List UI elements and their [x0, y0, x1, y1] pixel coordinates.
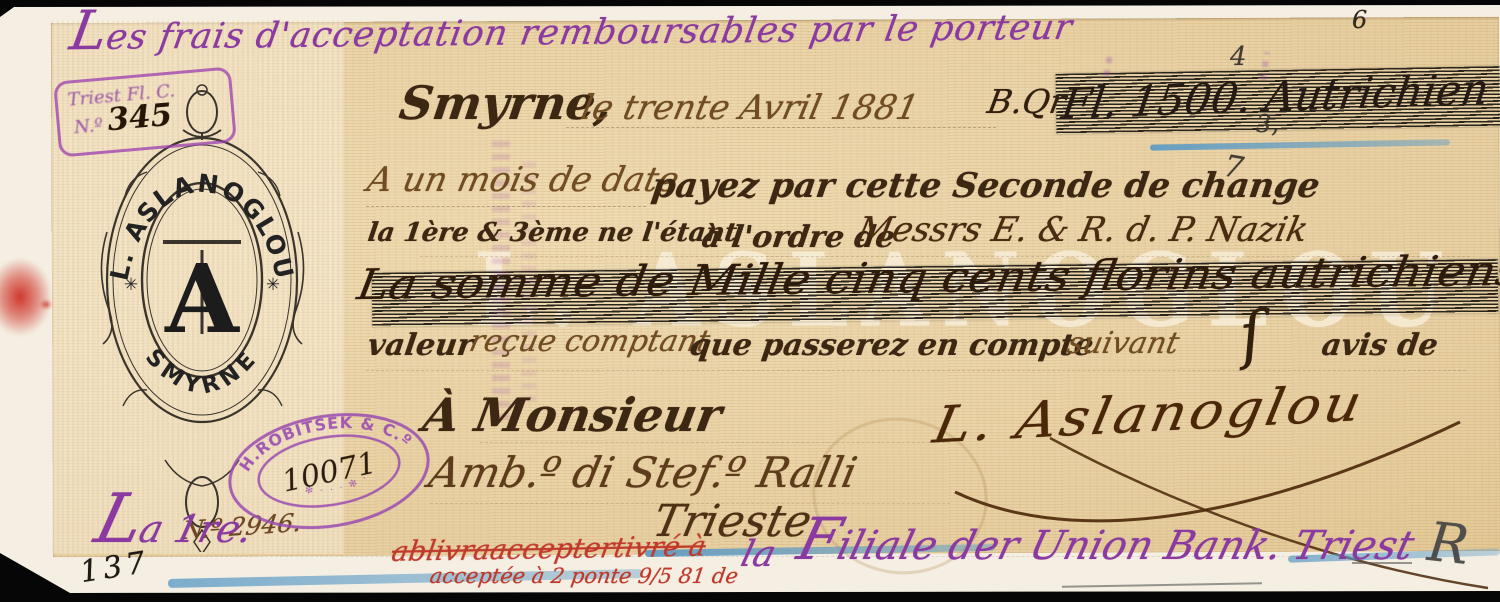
endorsement-struck-text: ablivraacceptertivré à	[389, 529, 708, 568]
drawee-name: Amb.º di Stef.º Ralli	[425, 448, 862, 497]
red-wax-smudge	[0, 258, 52, 336]
endorsement-lead: La 1re.	[90, 500, 260, 551]
scanned-bill-of-exchange: L. ASLANOGLOU Les frais d'acceptation re…	[0, 0, 1500, 602]
transit-stamp: Triest Fl. C. N.º 345	[53, 66, 237, 157]
passerez-printed: que passerez en compte	[688, 328, 1096, 363]
avis-printed: avis de	[1320, 328, 1441, 363]
recue-handwritten: reçue comptant	[466, 324, 713, 359]
pencil-initial: R	[1425, 510, 1472, 577]
emblem-star-left: ✳	[124, 275, 138, 295]
drawee-salutation: À Monsieur	[419, 388, 726, 442]
copies-clause: la 1ère & 3ème ne l'étant	[366, 218, 739, 248]
acceptance-note: acceptée à 2 ponte 9/5 81 de	[428, 564, 739, 588]
pencil-mark-top: 4	[1230, 42, 1247, 72]
valeur-printed: valeur	[366, 328, 476, 363]
transit-stamp-number: 345	[106, 97, 174, 139]
red-wax-dot	[40, 300, 52, 309]
pencil-dash	[1352, 562, 1412, 564]
date-handwritten: le trente Avril 1881	[578, 88, 923, 128]
transit-stamp-no-label: N.º	[73, 115, 104, 138]
emblem-monogram: A	[164, 244, 240, 355]
suivant-handwritten: suivant	[1064, 326, 1182, 361]
corner-mark: 6	[1352, 6, 1367, 34]
term-handwritten: A un mois de date	[364, 160, 683, 200]
payez-printed: payez par cette Seconde de change	[649, 166, 1322, 206]
endorsement-bank: Filiale der Union Bank. Triest	[792, 522, 1419, 569]
bq-mark: B.Qr	[985, 82, 1069, 121]
pencil-mark-mid: 3,	[1256, 110, 1279, 138]
emblem-star-right: ✳	[266, 275, 280, 295]
payee-name: Messrs E. & R. d. P. Nazik	[854, 210, 1312, 250]
